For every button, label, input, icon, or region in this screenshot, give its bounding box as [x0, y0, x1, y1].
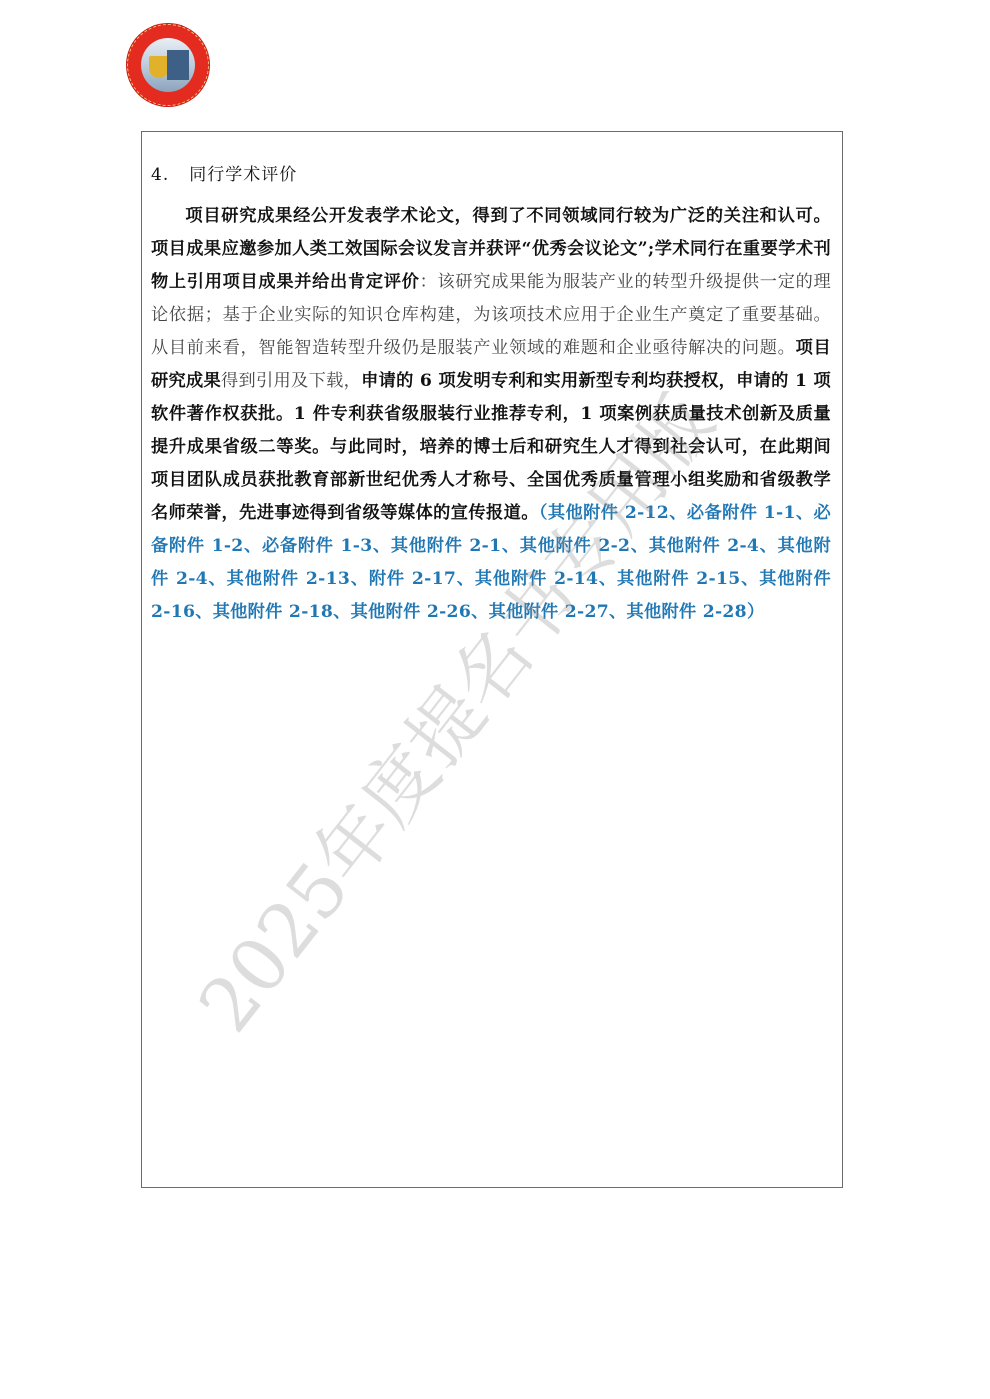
organization-seal-logo: [127, 24, 209, 106]
bold-text-achievements: 申请的 6 项发明专利和实用新型专利均获授权，申请的 1 项软件著作权获批。1 …: [151, 371, 831, 523]
plain-text-downloads: 得到引用及下载，: [221, 371, 361, 391]
peer-evaluation-paragraph: 项目研究成果经公开发表学术论文，得到了不同领域同行较为广泛的关注和认可。项目成果…: [151, 200, 831, 629]
seal-ring: [127, 24, 209, 106]
section-title: 同行学术评价: [189, 165, 297, 185]
section-heading: 4.同行学术评价: [151, 160, 297, 185]
section-number: 4.: [151, 165, 169, 185]
